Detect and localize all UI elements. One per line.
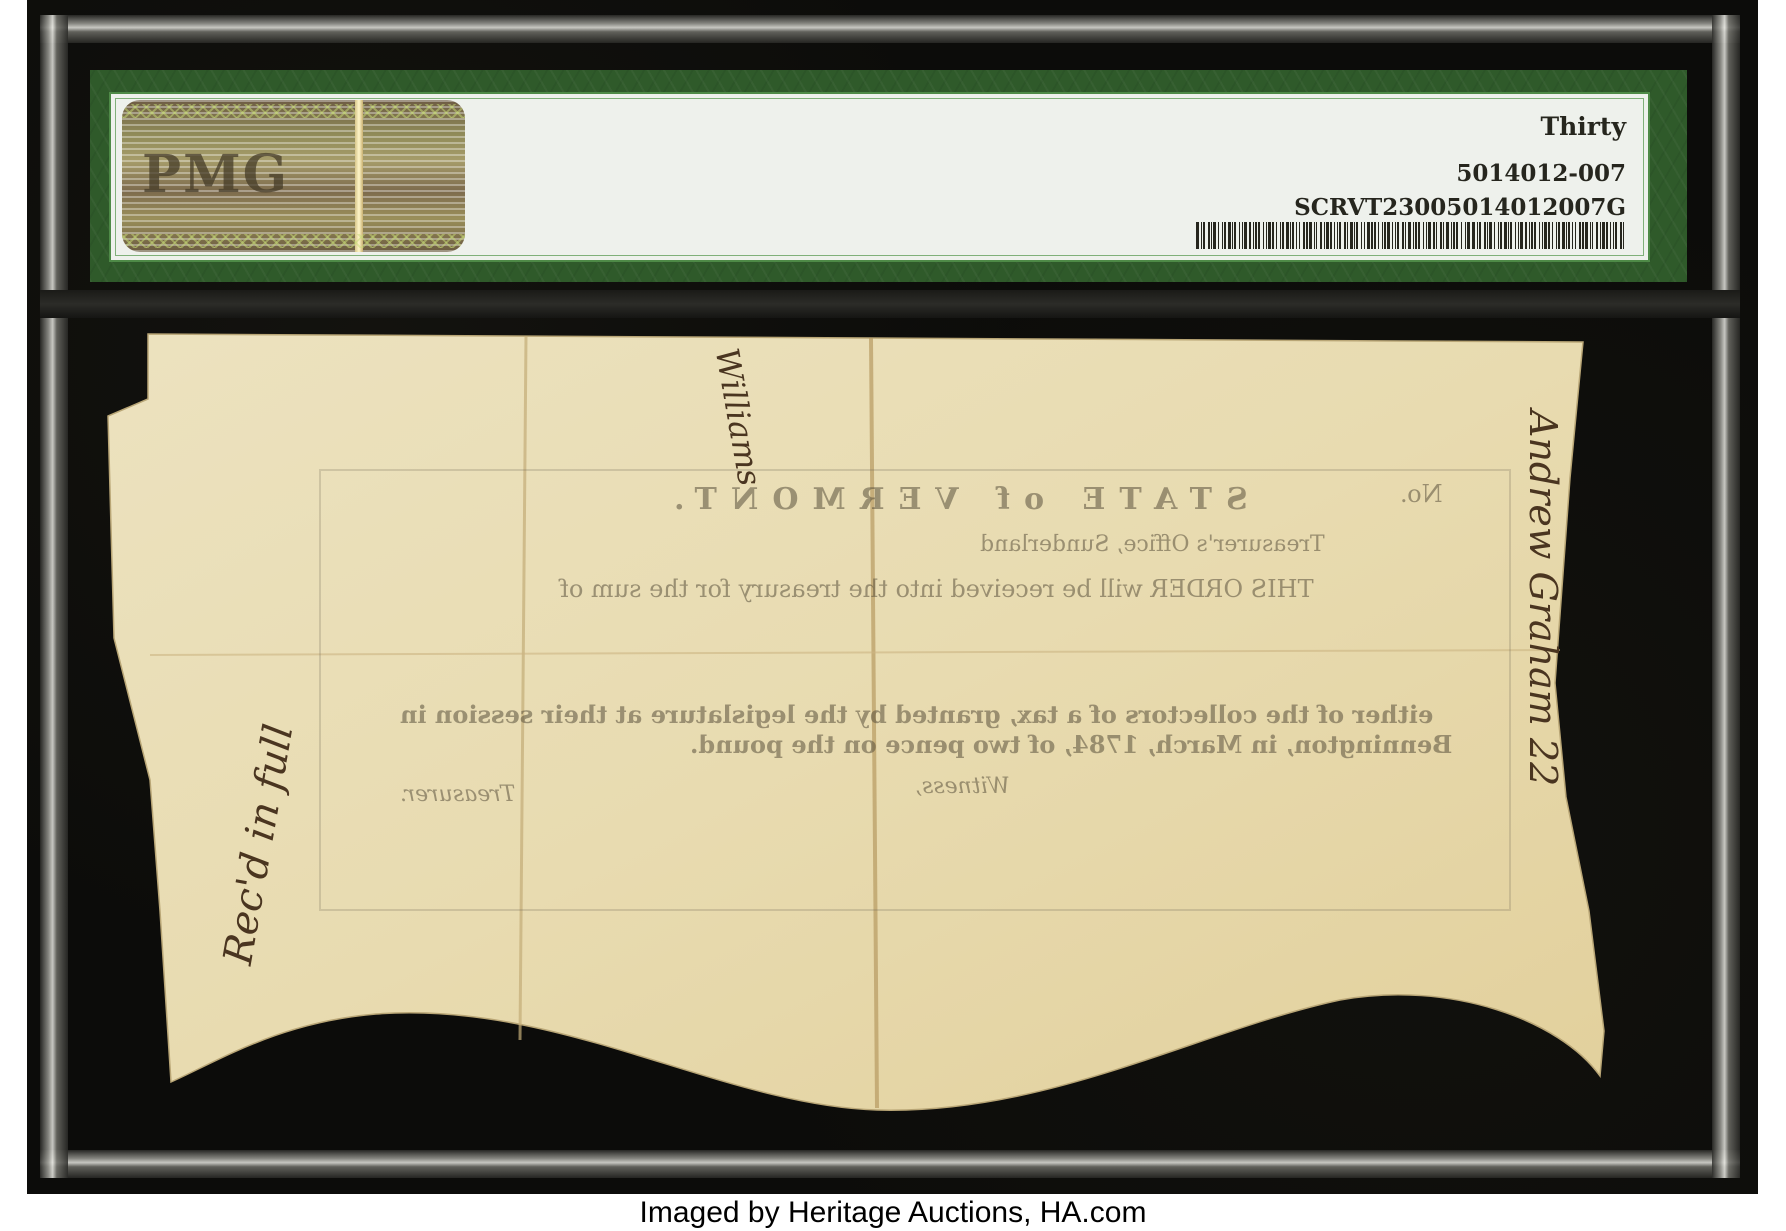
mirrored-collectors-line: either of the collectors of a tax, grant…: [400, 700, 1433, 729]
image-credit-caption: Imaged by Heritage Auctions, HA.com: [0, 1196, 1786, 1230]
banknote-paper: [0, 0, 1786, 1231]
mirrored-office: Treasurer's Office, Sunderland: [980, 532, 1325, 557]
handwriting-right-edge: Andrew Graham 22: [1521, 410, 1565, 786]
mirrored-bennington-line: Bennington, in March, 1784, of two pence…: [690, 730, 1452, 759]
mirrored-treasurer: Treasurer.: [400, 782, 515, 807]
mirrored-witness: Witness,: [915, 774, 1010, 799]
mirrored-title: STATE of VERMONT.: [660, 482, 1248, 517]
mirrored-order-line: THIS ORDER will be received into the tre…: [560, 575, 1314, 603]
mirrored-no: No.: [1400, 480, 1443, 508]
